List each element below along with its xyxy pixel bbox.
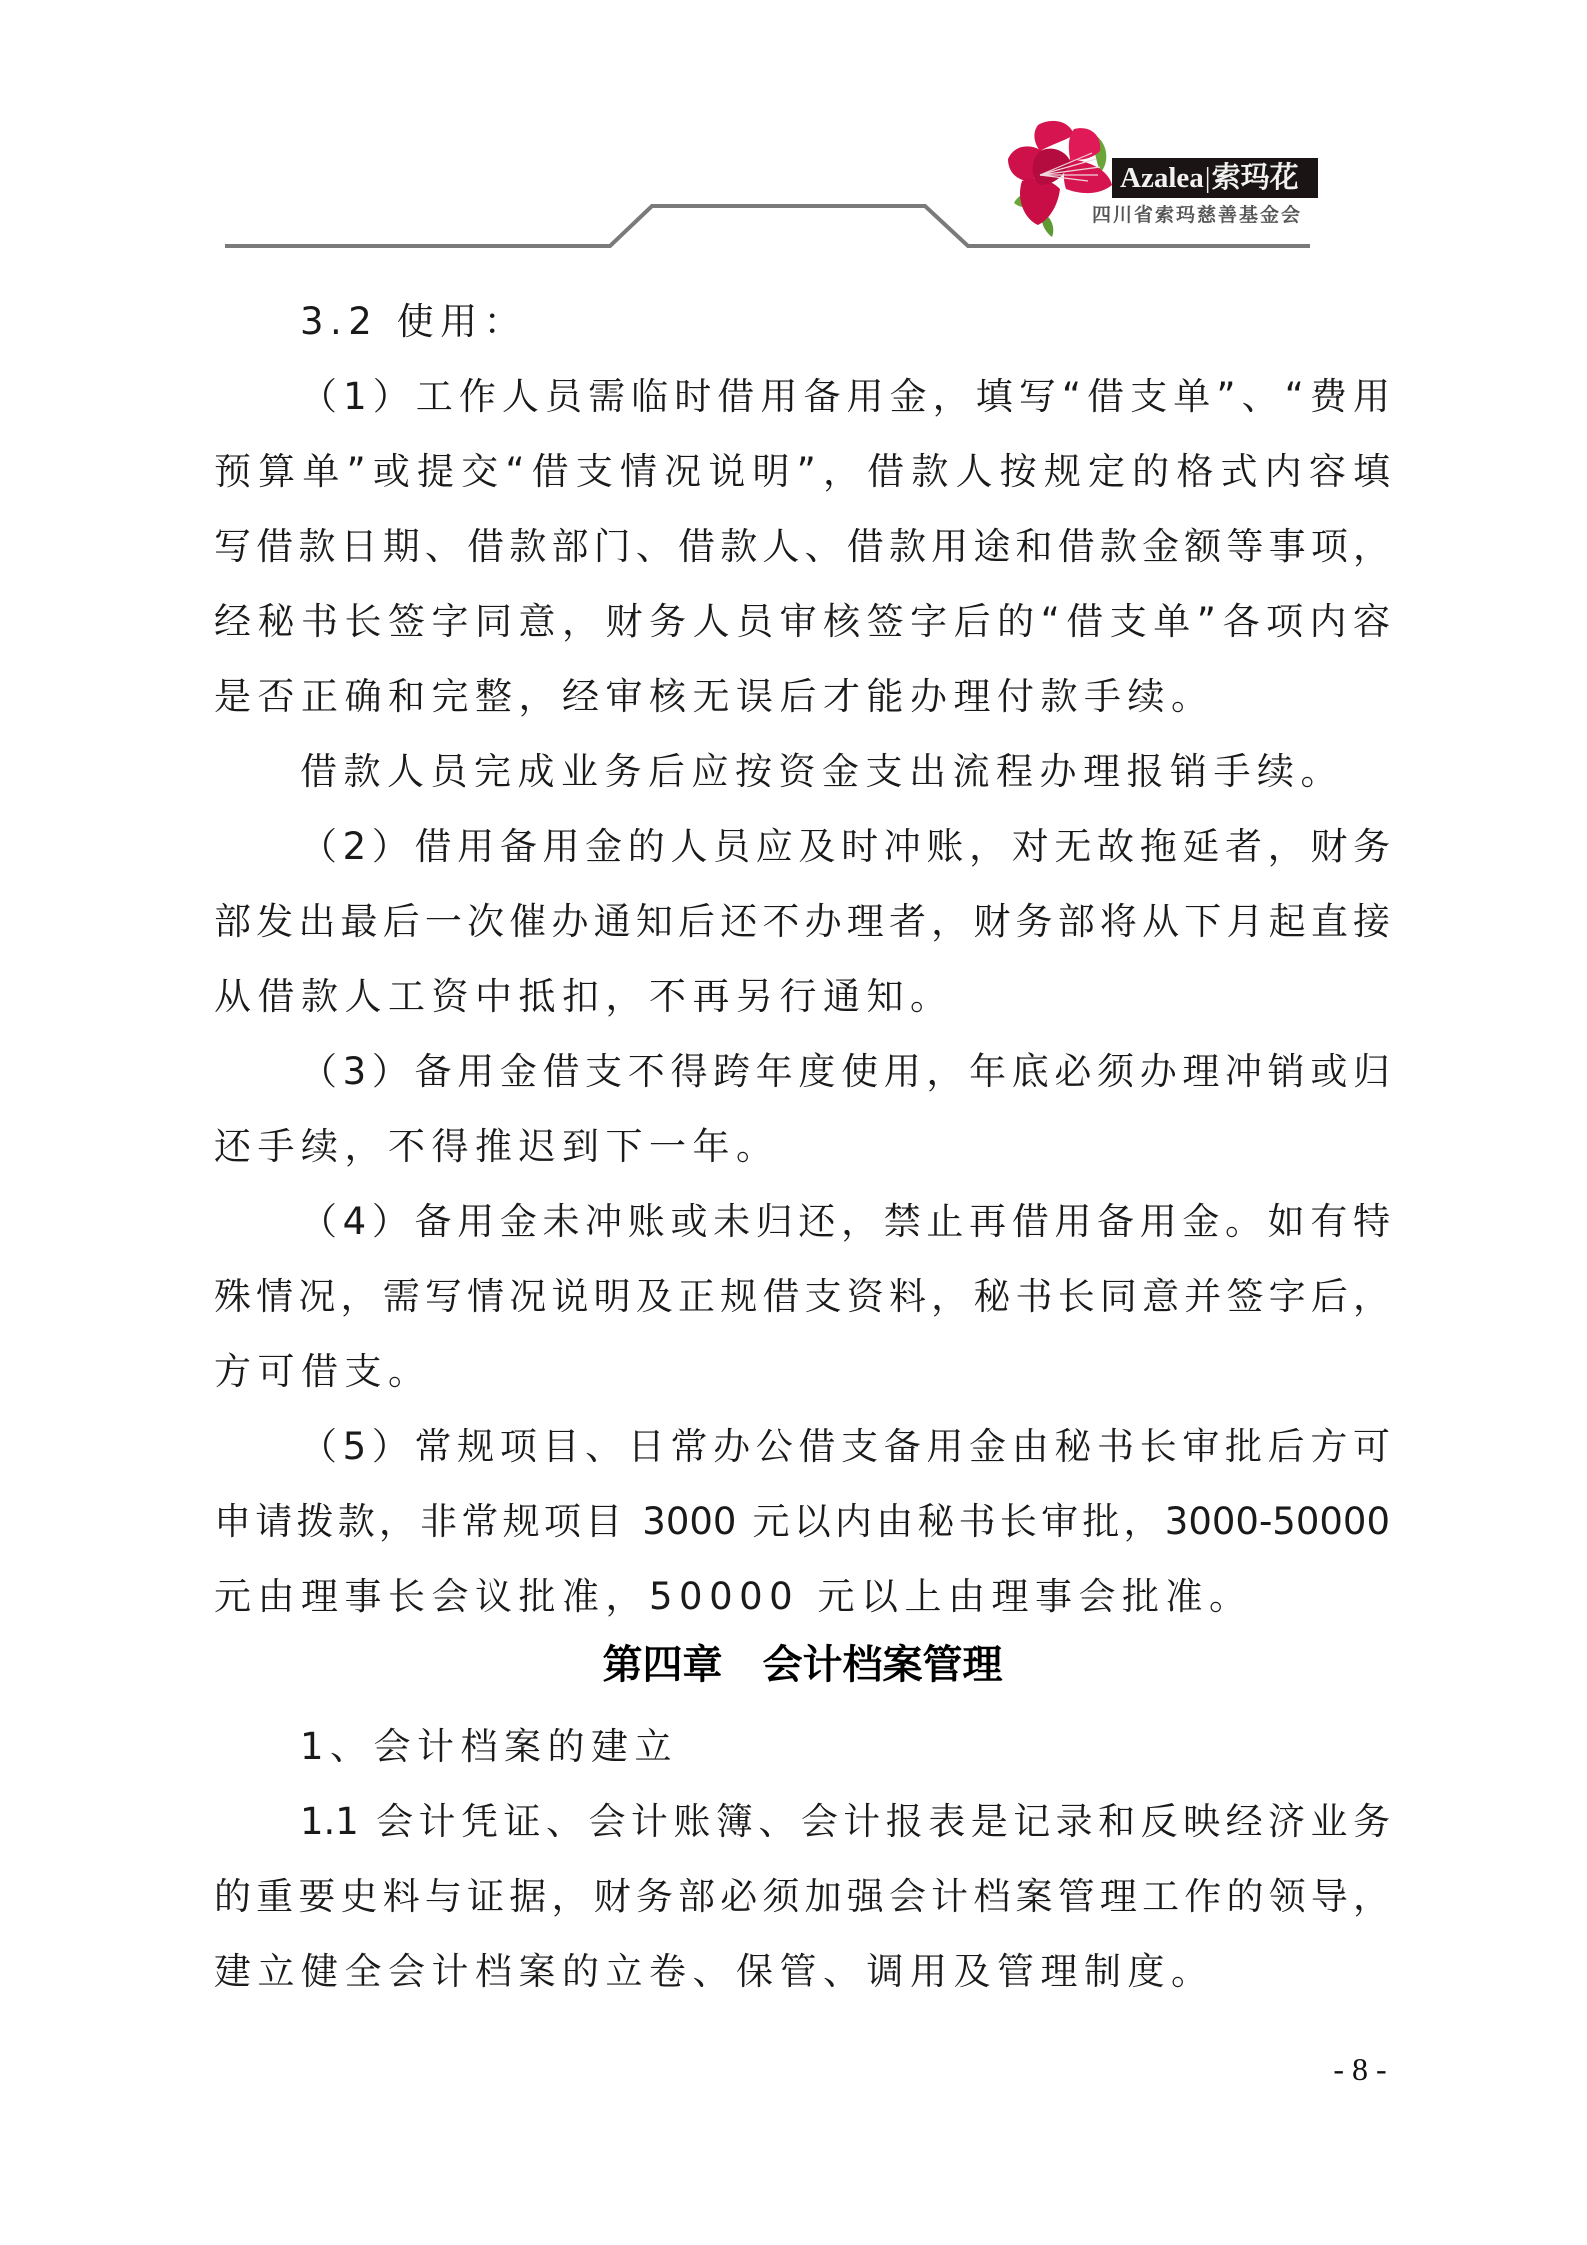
logo-brand-name: Azalea|索玛花 bbox=[1120, 160, 1299, 196]
paragraph-line: （1）工作人员需临时借用备用金，填写“借支单”、“费用 bbox=[300, 375, 1390, 419]
paragraph-line: 建立健全会计档案的立卷、保管、调用及管理制度。 bbox=[214, 1950, 1390, 1994]
logo-organization-name: 四川省索玛慈善基金会 bbox=[1092, 203, 1302, 227]
paragraph-line: 写借款日期、借款部门、借款人、借款用途和借款金额等事项， bbox=[214, 525, 1390, 569]
paragraph-line: 从借款人工资中抵扣，不再另行通知。 bbox=[214, 975, 1390, 1019]
chapter-title: 第四章 会计档案管理 bbox=[0, 1640, 1587, 1690]
section-heading-3-2: 3.2 使用： bbox=[300, 300, 1390, 344]
paragraph-line: 元由理事长会议批准，50000 元以上由理事会批准。 bbox=[214, 1575, 1390, 1619]
paragraph-line: 申请拨款，非常规项目 3000 元以内由秘书长审批，3000-50000 bbox=[214, 1500, 1390, 1544]
paragraph-line: （2）借用备用金的人员应及时冲账，对无故拖延者，财务 bbox=[300, 825, 1390, 869]
paragraph-line: （3）备用金借支不得跨年度使用，年底必须办理冲销或归 bbox=[300, 1050, 1390, 1094]
paragraph-line: （4）备用金未冲账或未归还，禁止再借用备用金。如有特 bbox=[300, 1200, 1390, 1244]
section-heading-1: 1、会计档案的建立 bbox=[300, 1725, 1390, 1769]
paragraph-line: 的重要史料与证据，财务部必须加强会计档案管理工作的领导， bbox=[214, 1875, 1390, 1919]
paragraph-line: 借款人员完成业务后应按资金支出流程办理报销手续。 bbox=[300, 750, 1390, 794]
paragraph-line: 1.1 会计凭证、会计账簿、会计报表是记录和反映经济业务 bbox=[300, 1800, 1390, 1844]
foundation-logo: Azalea|索玛花 四川省索玛慈善基金会 bbox=[1000, 115, 1330, 245]
header-divider-line bbox=[0, 0, 1587, 260]
paragraph-line: 还手续，不得推迟到下一年。 bbox=[214, 1125, 1390, 1169]
page-number: - 8 - bbox=[1320, 2052, 1400, 2086]
paragraph-line: 部发出最后一次催办通知后还不办理者，财务部将从下月起直接 bbox=[214, 900, 1390, 944]
paragraph-line: 殊情况，需写情况说明及正规借支资料，秘书长同意并签字后， bbox=[214, 1275, 1390, 1319]
paragraph-line: 是否正确和完整，经审核无误后才能办理付款手续。 bbox=[214, 675, 1390, 719]
paragraph-line: （5）常规项目、日常办公借支备用金由秘书长审批后方可 bbox=[300, 1425, 1390, 1469]
paragraph-line: 预算单”或提交“借支情况说明”，借款人按规定的格式内容填 bbox=[214, 450, 1390, 494]
paragraph-line: 方可借支。 bbox=[214, 1350, 1390, 1394]
paragraph-line: 经秘书长签字同意，财务人员审核签字后的“借支单”各项内容 bbox=[214, 600, 1390, 644]
